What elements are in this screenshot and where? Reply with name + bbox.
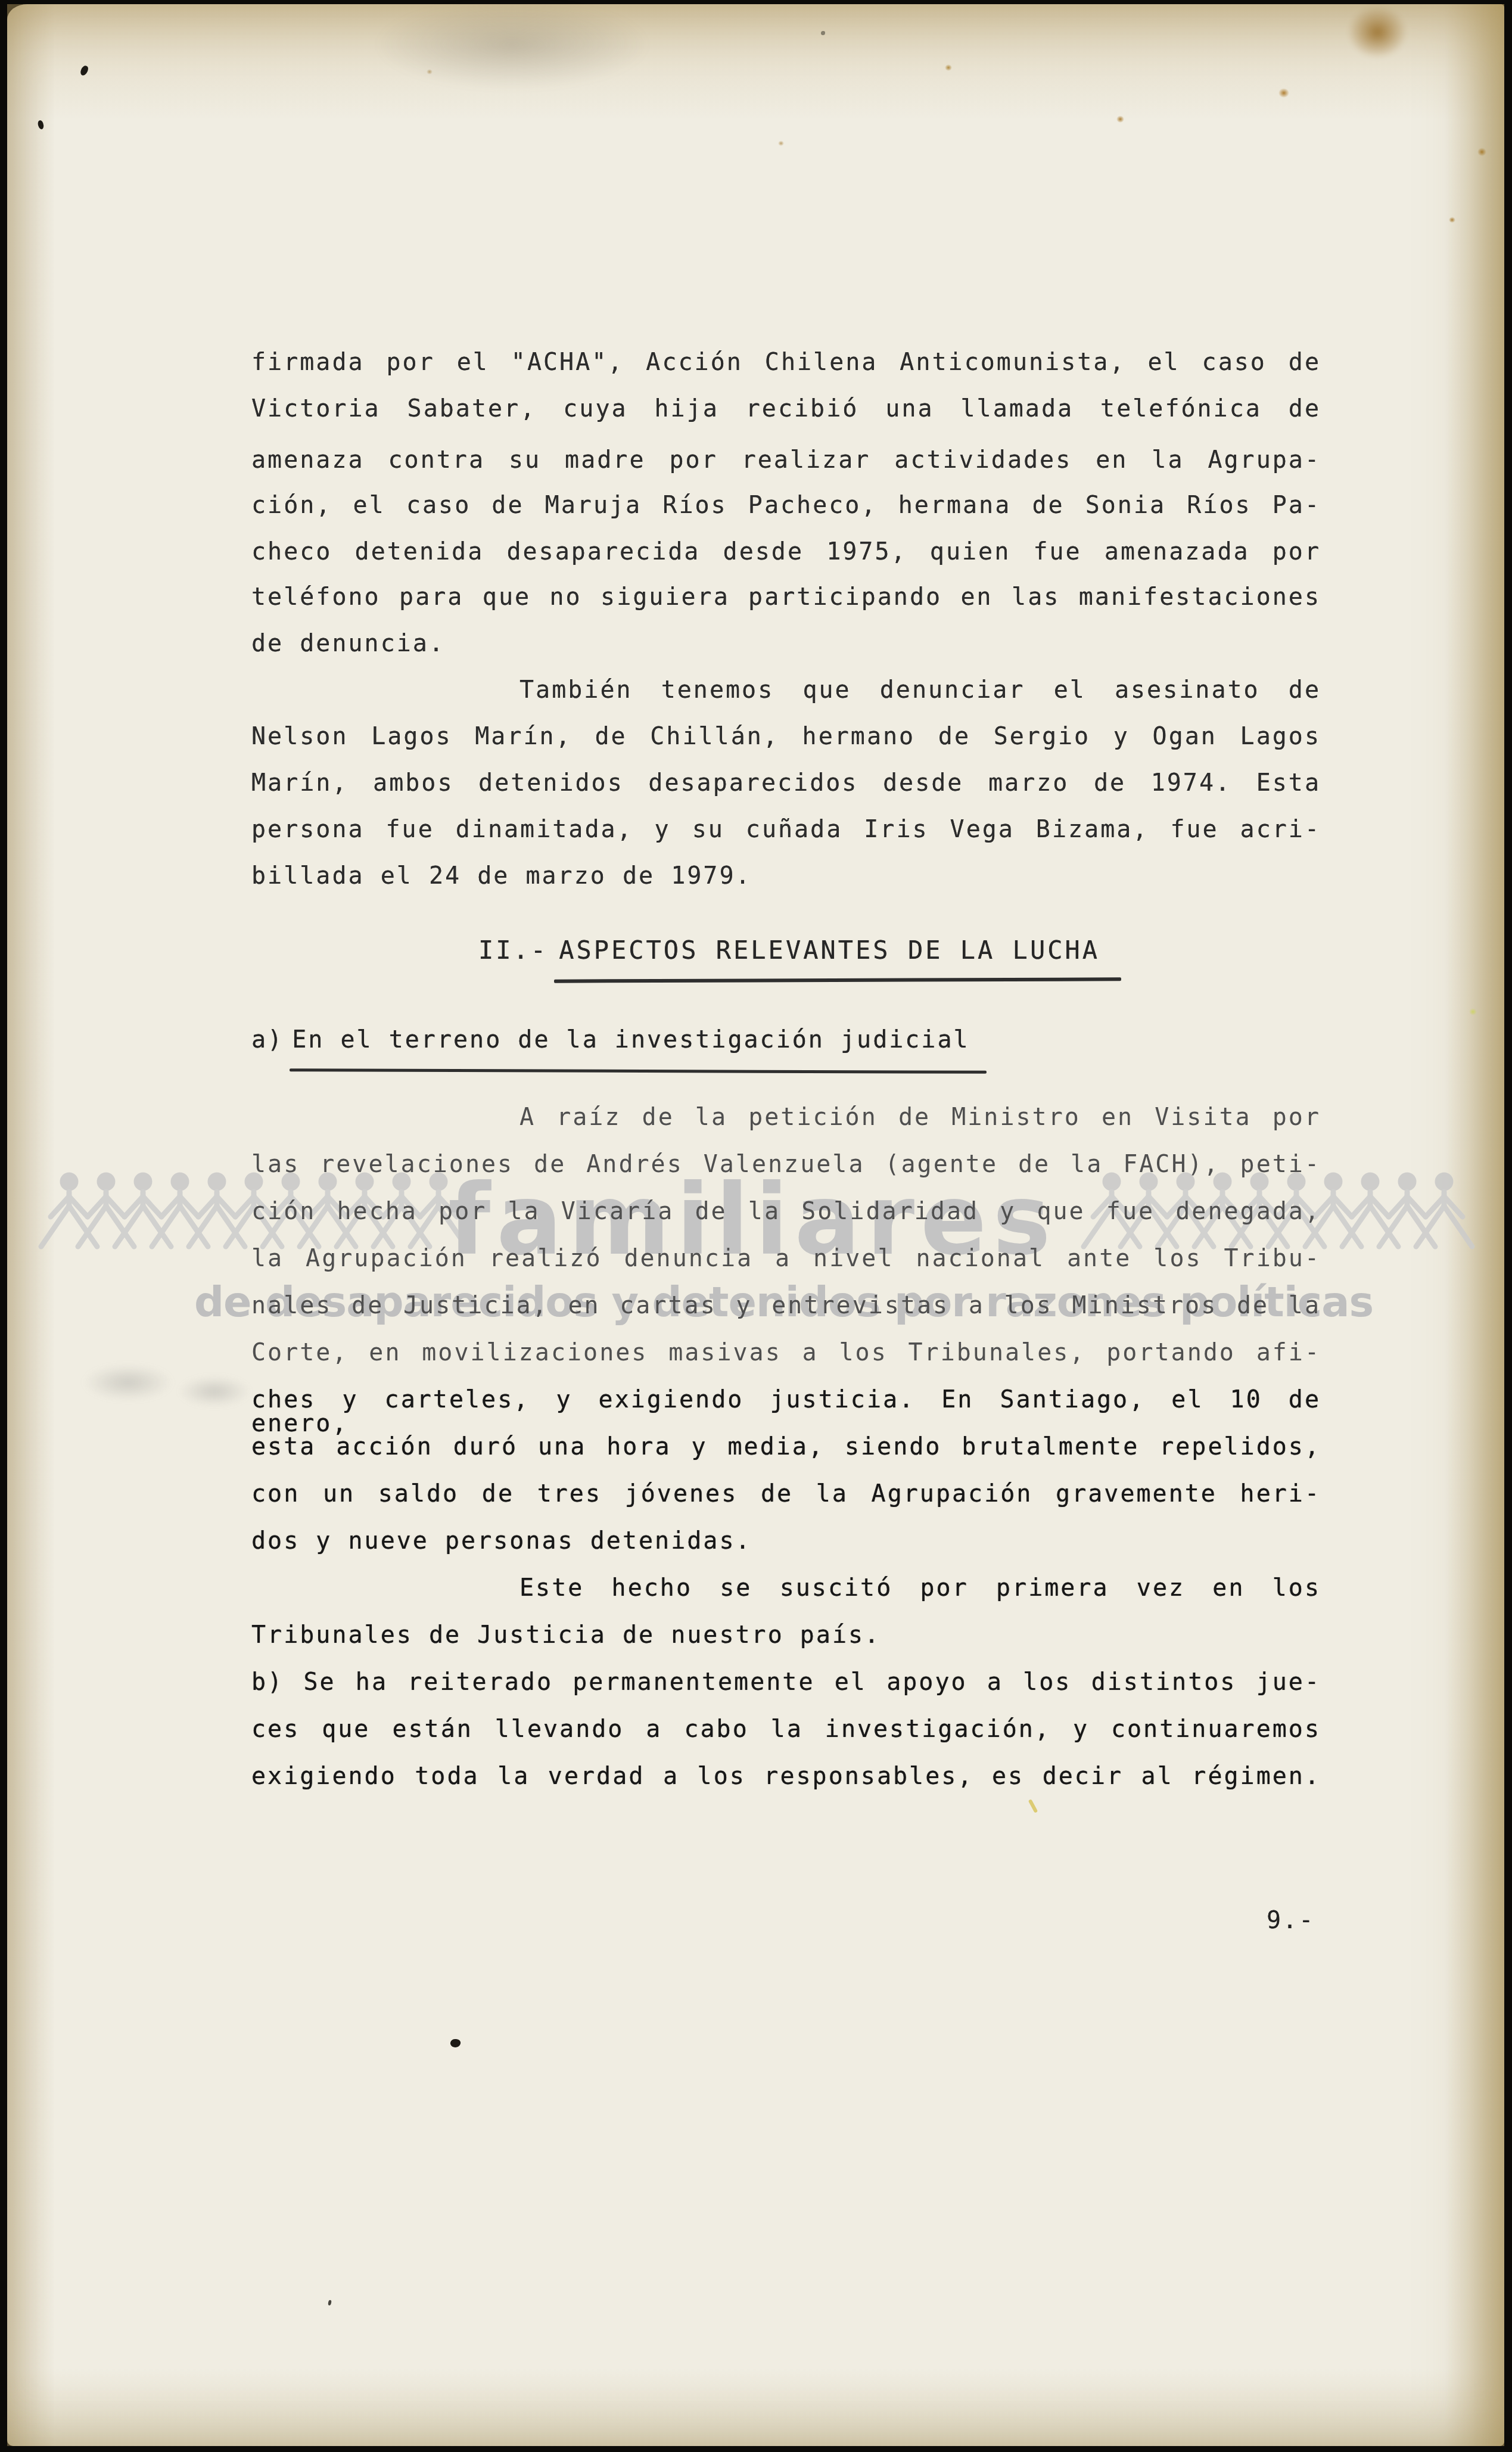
subsection-title: En el terreno de la investigación judici… <box>292 1026 969 1053</box>
typed-line: Este hecho se suscitó por primera vez en… <box>251 1576 1321 1600</box>
section-heading-title: ASPECTOS RELEVANTES DE LA LUCHA <box>559 936 1100 965</box>
page-number: 9.- <box>1267 1909 1315 1932</box>
subsection-letter: a) <box>251 1026 284 1053</box>
section-heading-number: II.- <box>478 936 548 965</box>
typed-line: Marín, ambos detenidos desaparecidos des… <box>251 771 1321 795</box>
typed-line: las revelaciones de Andrés Valenzuela (a… <box>251 1152 1321 1176</box>
typed-line: Tribunales de Justicia de nuestro país. <box>251 1623 1321 1647</box>
typed-line: nales de Justicia, en cartas y entrevist… <box>251 1294 1321 1317</box>
typed-line: esta acción duró una hora y media, siend… <box>251 1435 1321 1459</box>
typed-line: ción hecha por la Vicaría de la Solidari… <box>251 1199 1321 1223</box>
typed-line: de denuncia. <box>251 632 1321 655</box>
typed-line: Corte, en movilizaciones masivas a los T… <box>251 1341 1321 1365</box>
typed-line: con un saldo de tres jóvenes de la Agrup… <box>251 1482 1321 1506</box>
paper-edge-top <box>7 4 1504 120</box>
paper-edge-left <box>7 4 55 2446</box>
section-heading: II.-ASPECTOS RELEVANTES DE LA LUCHA <box>478 938 1100 963</box>
typed-line: amenaza contra su madre por realizar act… <box>251 448 1321 472</box>
typed-line: A raíz de la petición de Ministro en Vis… <box>251 1105 1321 1129</box>
typed-line: ches y carteles, y exigiendo justicia. E… <box>251 1388 1321 1435</box>
typed-line: checo detenida desaparecida desde 1975, … <box>251 540 1321 564</box>
typed-line: firmada por el "ACHA", Acción Chilena An… <box>251 350 1321 374</box>
typed-line: billada el 24 de marzo de 1979. <box>251 864 1321 888</box>
typed-line: Nelson Lagos Marín, de Chillán, hermano … <box>251 725 1321 748</box>
typed-line: Victoria Sabater, cuya hija recibió una … <box>251 397 1321 421</box>
typed-line: la Agrupación realizó denuncia a nivel n… <box>251 1247 1321 1270</box>
typed-line: También tenemos que denunciar el asesina… <box>251 678 1321 702</box>
subsection-heading: a)En el terreno de la investigación judi… <box>251 1028 970 1052</box>
typed-line: ces que están llevando a cabo la investi… <box>251 1717 1321 1741</box>
typed-line: teléfono para que no siguiera participan… <box>251 585 1321 609</box>
typed-line: ción, el caso de Maruja Ríos Pacheco, he… <box>251 493 1321 517</box>
scanned-document-page: { "page": { "number_label": "9.-", "head… <box>0 0 1512 2452</box>
paper-edge-right <box>1445 4 1504 2446</box>
typed-line: persona fue dinamitada, y su cuñada Iris… <box>251 818 1321 841</box>
typed-line: dos y nueve personas detenidas. <box>251 1529 1321 1553</box>
typed-line: exigiendo toda la verdad a los responsab… <box>251 1764 1321 1788</box>
paper-edge-bottom <box>7 2369 1504 2446</box>
typed-line: b) Se ha reiterado permanentemente el ap… <box>251 1670 1321 1694</box>
